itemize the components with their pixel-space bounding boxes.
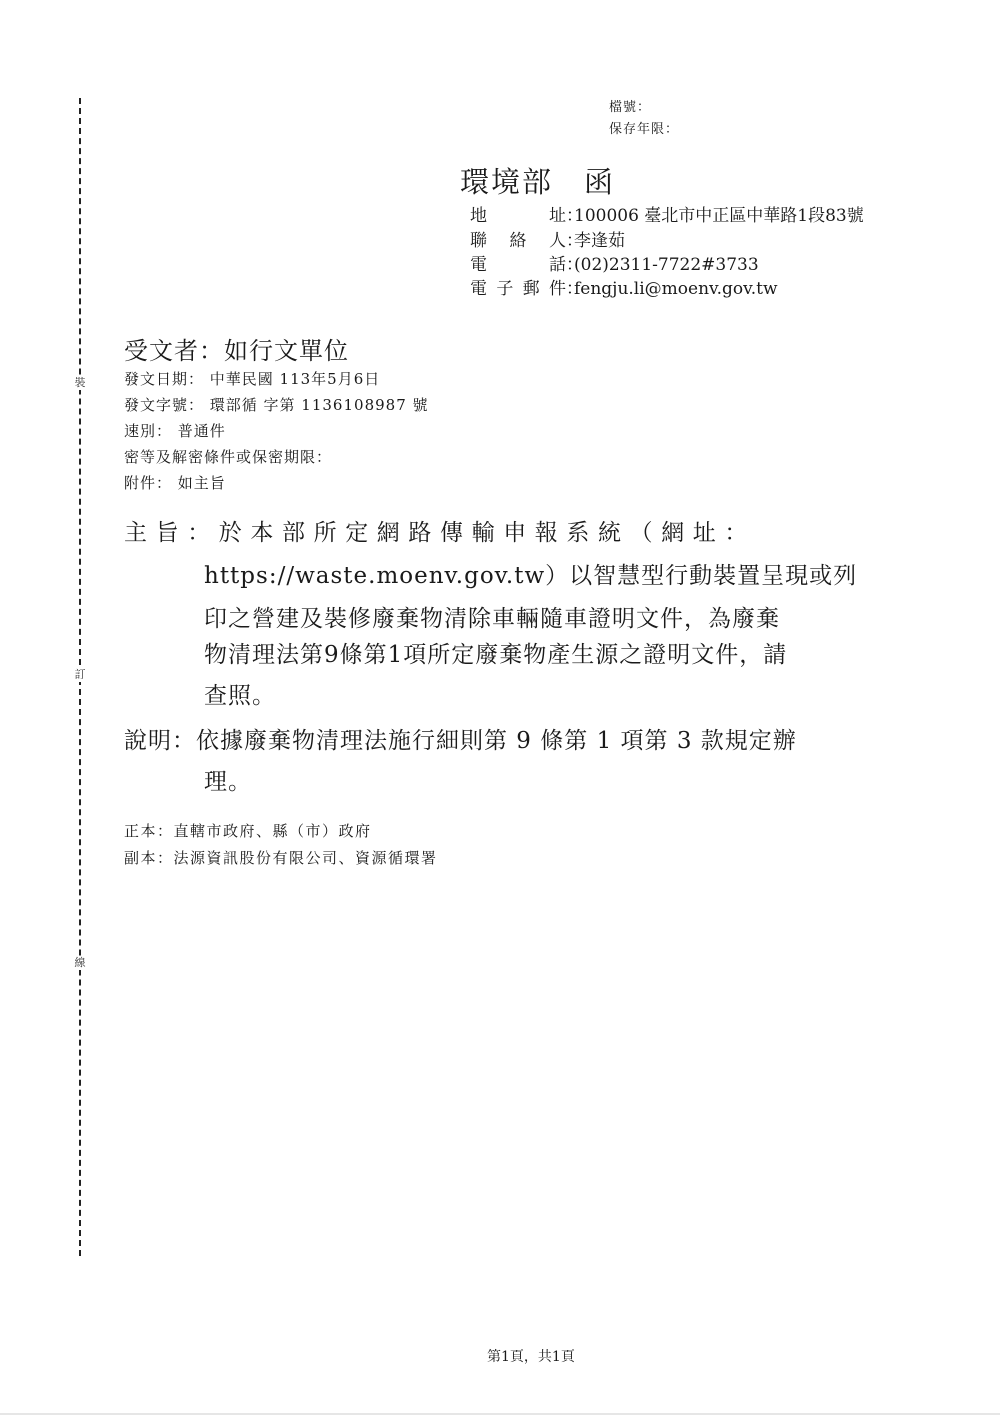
contact-value: 100006 臺北市中正區中華路1段83號	[574, 206, 864, 226]
contact-email: 電子郵件：fengju.li@moenv.gov.tw	[470, 278, 778, 300]
binding-mark-line: 線	[70, 956, 90, 970]
contact-address: 地 址：100006 臺北市中正區中華路1段83號	[470, 205, 864, 227]
contact-value: fengju.li@moenv.gov.tw	[574, 279, 778, 299]
subject-line: 查照。	[204, 677, 276, 710]
copy-recipients: 副本：法源資訊股份有限公司、資源循環署	[124, 847, 438, 868]
document-title: 環境部 函	[460, 160, 615, 201]
contact-label: 地 址	[470, 205, 566, 227]
contact-label: 聯 絡 人	[470, 230, 566, 252]
contact-label: 電 話	[470, 254, 566, 276]
contact-label: 電子郵件	[470, 278, 566, 300]
classification: 密等及解密條件或保密期限：	[124, 446, 332, 467]
page-indicator: 第1頁，共1頁	[487, 1346, 575, 1366]
issue-date: 發文日期： 中華民國 113年5月6日	[124, 368, 380, 389]
contact-value: (02)2311-7722#3733	[574, 255, 759, 275]
subject-line: 物清理法第9條第1項所定廢棄物產生源之證明文件，請	[204, 636, 787, 669]
contact-value: 李逢茹	[574, 231, 625, 251]
document-number: 發文字號： 環部循 字第 1136108987 號	[124, 394, 429, 415]
explanation-line: 說明：依據廢棄物清理法施行細則第 9 條第 1 項第 3 款規定辦	[124, 722, 797, 755]
attachment: 附件： 如主旨	[124, 472, 226, 493]
recipient: 受文者：如行文單位	[124, 331, 349, 366]
binding-mark-staple: 訂	[70, 668, 90, 682]
subject-line: 主旨：於本部所定網路傳輸申報系統（網址：	[124, 514, 756, 547]
binding-mark-bind: 裝	[70, 376, 90, 390]
contact-phone: 電 話：(02)2311-7722#3733	[470, 254, 759, 276]
subject-line: 印之營建及裝修廢棄物清除車輛隨車證明文件，為廢棄	[204, 600, 780, 633]
explanation-line: 理。	[204, 763, 252, 796]
original-recipients: 正本：直轄市政府、縣（市）政府	[124, 820, 372, 841]
speed-category: 速別： 普通件	[124, 420, 226, 441]
subject-line: https://waste.moenv.gov.tw）以智慧型行動裝置呈現或列	[204, 557, 857, 590]
file-number-label: 檔號：	[609, 96, 651, 115]
retention-label: 保存年限：	[609, 118, 679, 137]
contact-person: 聯 絡 人：李逢茹	[470, 230, 625, 252]
